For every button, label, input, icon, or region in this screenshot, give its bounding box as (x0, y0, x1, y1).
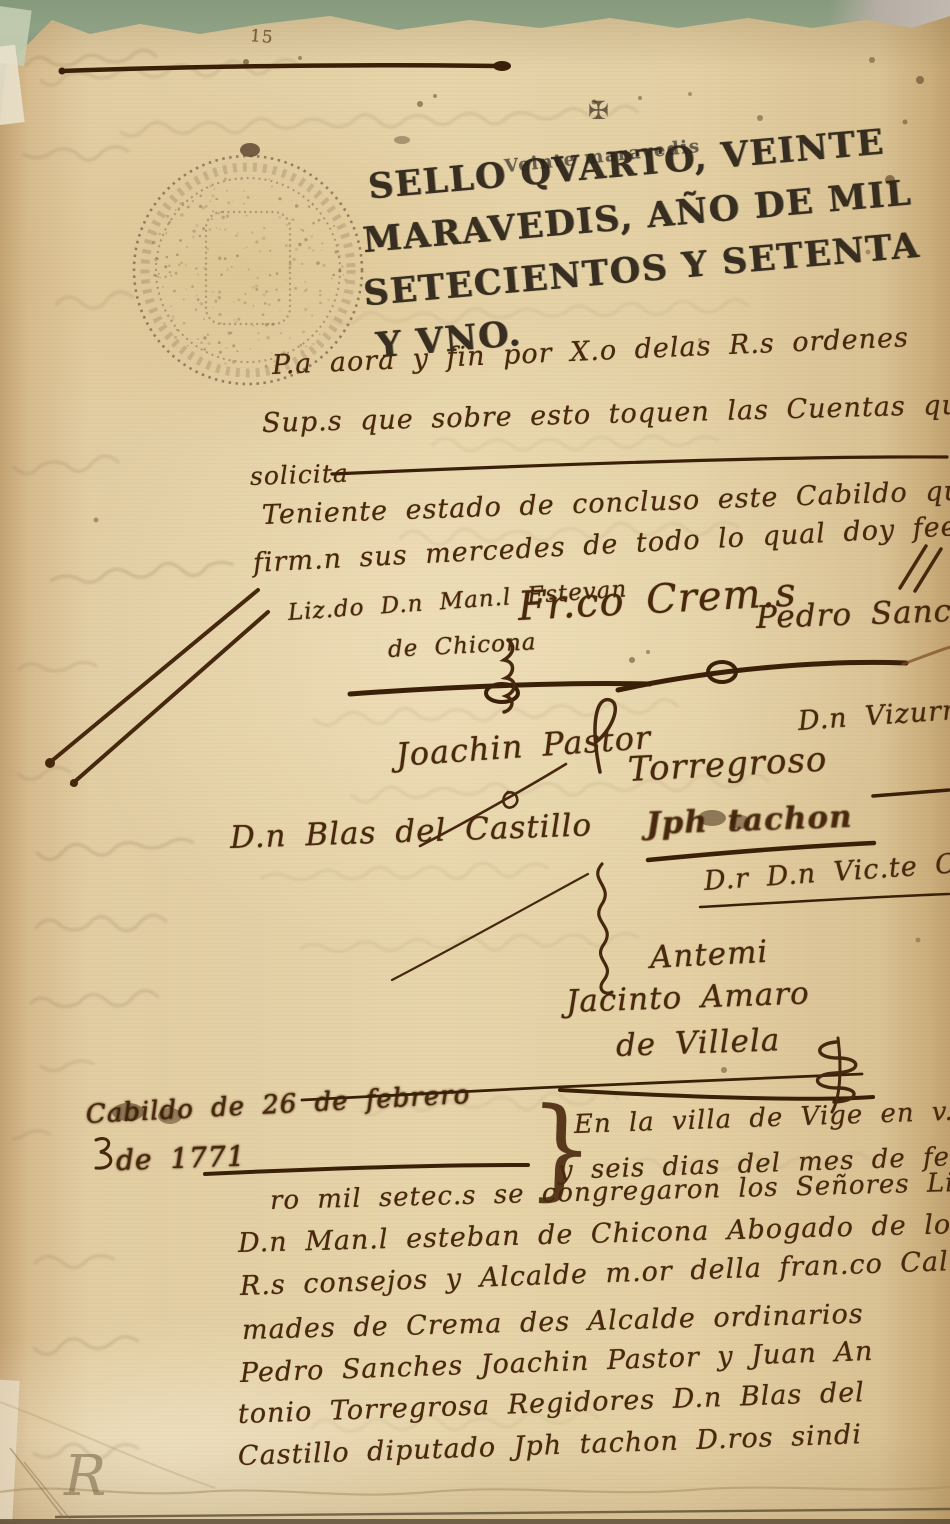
pencil-mark: R (64, 1444, 106, 1509)
ink-blots (94, 56, 925, 1124)
ink-rules (59, 61, 950, 1174)
manuscript-page: 15 ✠ Veinte maravedis SELLO QVARTO, VEIN… (0, 0, 950, 1524)
water-stain-and-edges (0, 1402, 950, 1524)
ink-stroke-layer (0, 0, 950, 1524)
ink-flourishes (45, 546, 941, 1168)
